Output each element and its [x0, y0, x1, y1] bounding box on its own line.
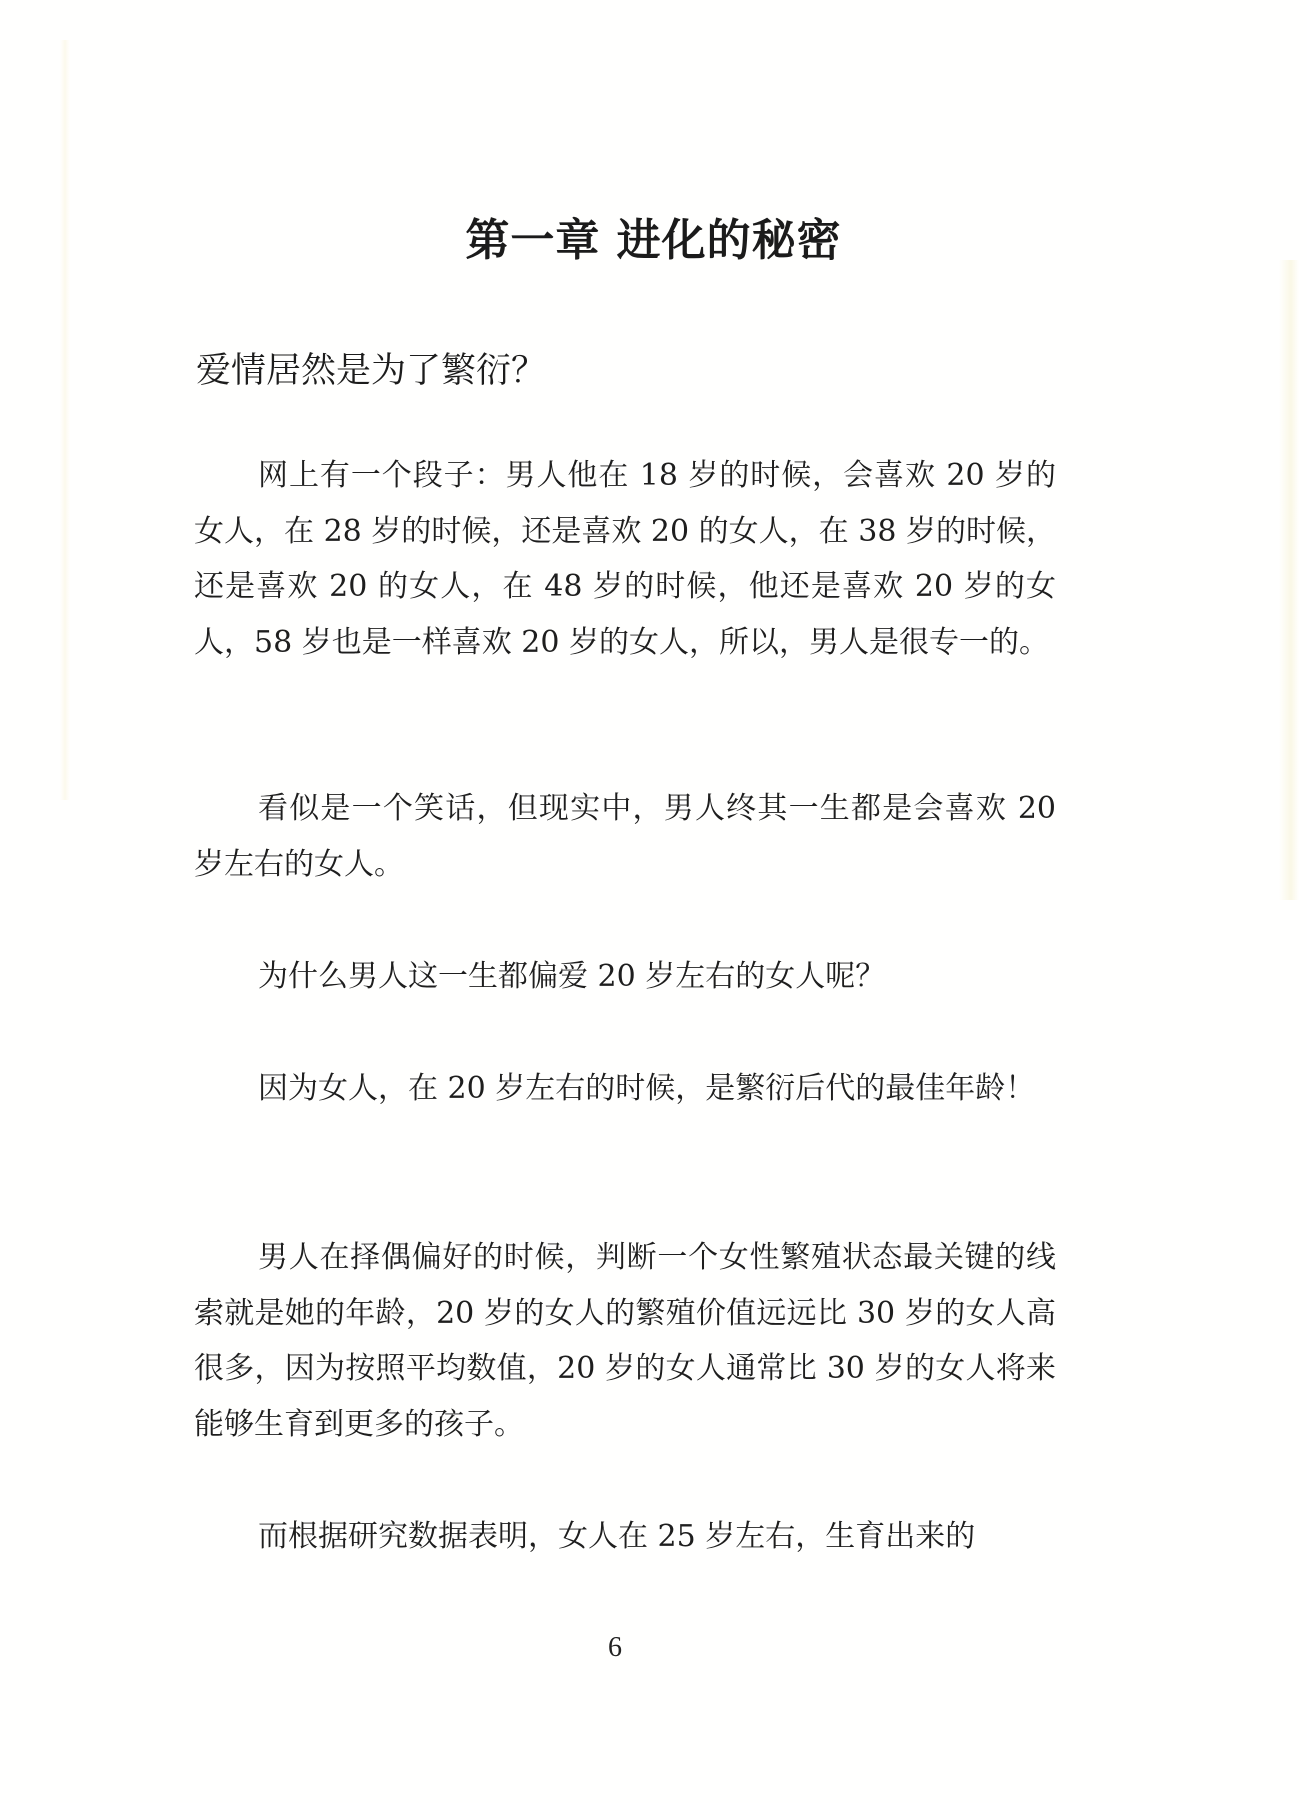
section-title: 爱情居然是为了繁衍？ — [196, 343, 546, 393]
paragraph-2: 看似是一个笑话，但现实中，男人终其一生都是会喜欢 20 岁左右的女人。 — [194, 781, 1056, 892]
scan-edge-shadow-right — [1279, 260, 1299, 900]
paragraph-3: 为什么男人这一生都偏爱 20 岁左右的女人呢？ — [194, 949, 1056, 1005]
paragraph-1: 网上有一个段子：男人他在 18 岁的时候，会喜欢 20 岁的女人，在 28 岁的… — [194, 448, 1056, 670]
chapter-title: 第一章 进化的秘密 — [0, 204, 1307, 268]
paragraph-6: 而根据研究数据表明，女人在 25 岁左右，生育出来的 — [194, 1509, 1056, 1565]
paragraph-5: 男人在择偶偏好的时候，判断一个女性繁殖状态最关键的线索就是她的年龄，20 岁的女… — [194, 1230, 1056, 1452]
page-number: 6 — [0, 1632, 1230, 1664]
paragraph-4: 因为女人，在 20 岁左右的时候，是繁衍后代的最佳年龄！ — [194, 1061, 1056, 1117]
book-page: 第一章 进化的秘密 爱情居然是为了繁衍？ 网上有一个段子：男人他在 18 岁的时… — [0, 0, 1307, 1803]
scan-edge-shadow-left — [60, 40, 70, 800]
